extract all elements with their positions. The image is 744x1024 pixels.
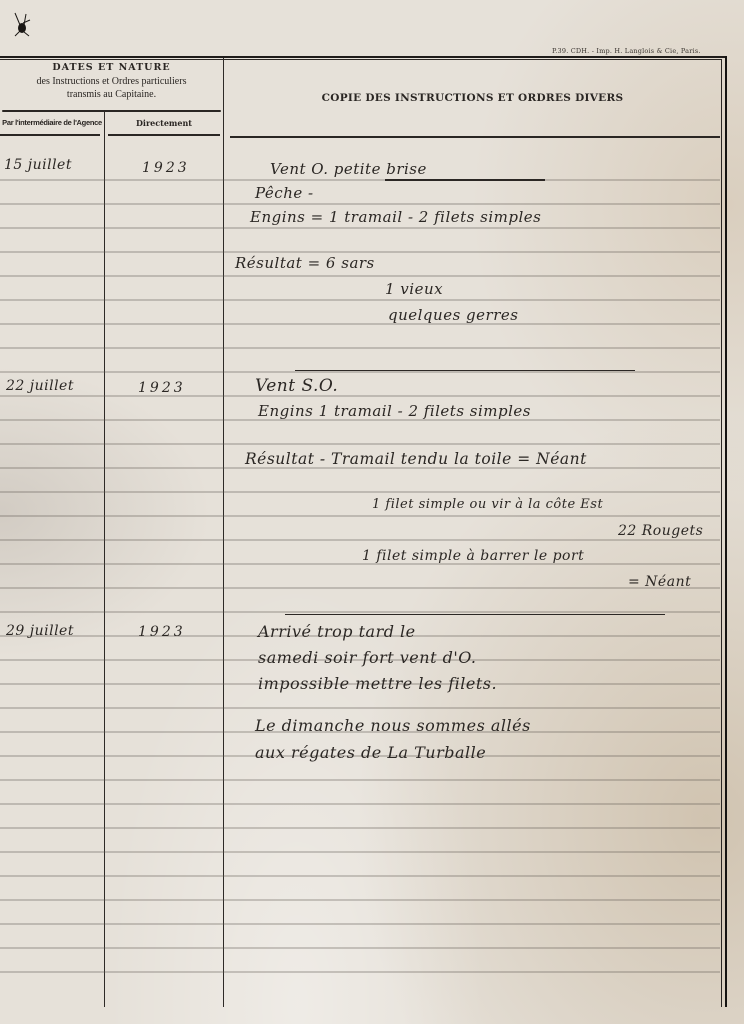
separator-stroke [295, 370, 635, 371]
entry-year: 1923 [142, 160, 190, 176]
entry-line: 1 filet simple ou vir à la côte Est [372, 497, 603, 512]
underline-stroke [385, 179, 545, 181]
main-header-rule [230, 136, 720, 138]
left-header-rule [2, 110, 221, 112]
left-header-subtitle-2: transmis au Capitaine. [0, 88, 223, 101]
entry-year: 1923 [138, 624, 186, 640]
entry-line: Arrivé trop tard le [258, 622, 416, 641]
separator-stroke [285, 614, 665, 615]
entry-date: 29 juillet [6, 623, 74, 639]
entry-line: Engins 1 tramail - 2 filets simples [258, 402, 531, 420]
entry-line: Pêche - [255, 184, 314, 202]
column-header-rule-1 [0, 134, 100, 136]
column-header-agence: Par l'intermédiaire de l'Agence [0, 118, 104, 127]
left-header-title: DATES ET NATURE [0, 62, 223, 73]
entry-line: Vent S.O. [255, 376, 338, 396]
entry-line: aux régates de La Turballe [255, 743, 486, 762]
entry-line: Résultat - Tramail tendu la toile = Néan… [245, 450, 587, 468]
main-column-title: COPIE DES INSTRUCTIONS ET ORDRES DIVERS [224, 92, 721, 104]
entry-line: samedi soir fort vent d'O. [258, 648, 476, 667]
entry-line: Le dimanche nous sommes allés [255, 716, 531, 735]
right-border [725, 56, 727, 1007]
entry-line: = Néant [628, 574, 691, 590]
entry-year: 1923 [138, 380, 186, 396]
entry-line: 1 filet simple à barrer le port [362, 548, 584, 564]
left-header: DATES ET NATURE des Instructions et Ordr… [0, 62, 223, 101]
entry-line: Engins = 1 tramail - 2 filets simples [250, 208, 541, 226]
right-border-inner [721, 59, 722, 1007]
column-header-rule-2 [108, 134, 220, 136]
left-header-subtitle-1: des Instructions et Ordres particuliers [0, 75, 223, 88]
ruled-lines [0, 0, 720, 1024]
entry-line: Résultat = 6 sars [235, 254, 375, 272]
entry-line: impossible mettre les filets. [258, 674, 497, 693]
entry-line: 22 Rougets [618, 523, 703, 539]
column-header-directement: Directement [105, 118, 223, 128]
entry-date: 22 juillet [6, 378, 74, 394]
entry-date: 15 juillet [4, 157, 72, 173]
entry-line: quelques gerres [388, 306, 518, 324]
entry-line: 1 vieux [385, 280, 443, 298]
entry-line: Vent O. petite brise [270, 160, 427, 178]
